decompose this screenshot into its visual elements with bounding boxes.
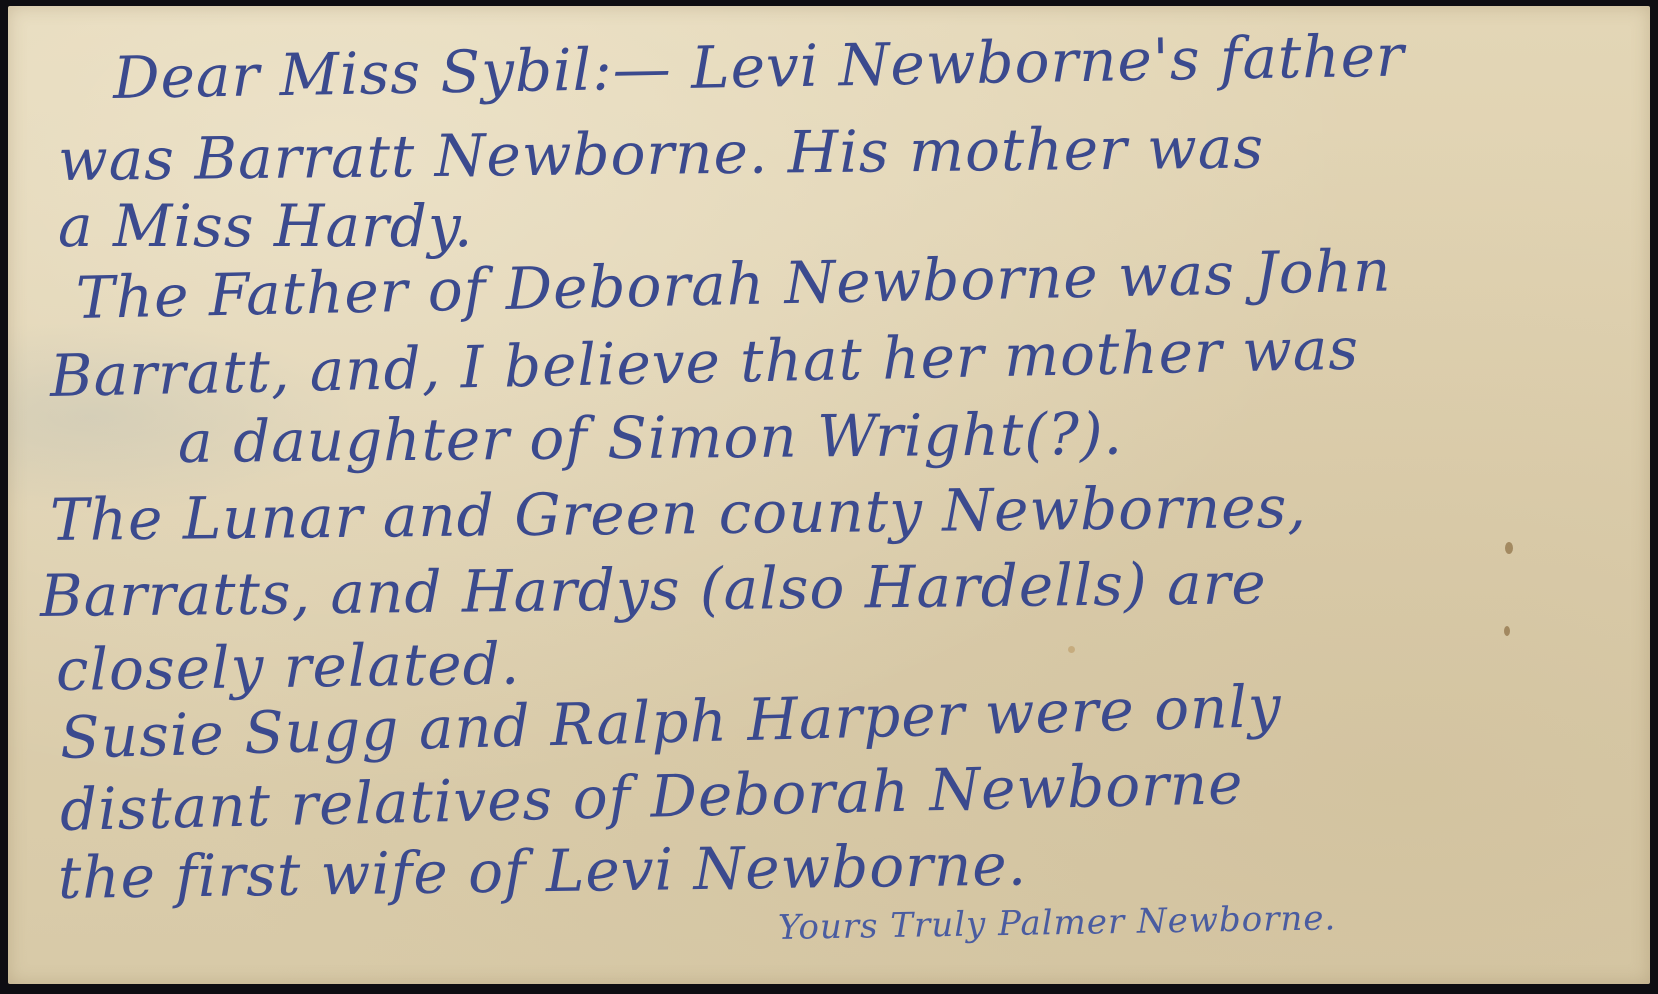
letter-line: Barratt, and, I believe that her mother … bbox=[49, 315, 1359, 410]
postcard: Dear Miss Sybil:— Levi Newborne's father… bbox=[8, 6, 1650, 984]
letter-line: a Miss Hardy. bbox=[58, 192, 473, 260]
letter-line-salutation: Dear Miss Sybil:— Levi Newborne's father bbox=[112, 21, 1405, 112]
paper-stain bbox=[1505, 542, 1513, 554]
paper-stain bbox=[1504, 626, 1510, 636]
letter-line: The Lunar and Green county Newbornes, bbox=[50, 473, 1307, 554]
letter-line: was Barratt Newborne. His mother was bbox=[58, 113, 1265, 194]
letter-line: a daughter of Simon Wright(?). bbox=[178, 400, 1124, 476]
letter-line: the first wife of Levi Newborne. bbox=[58, 830, 1028, 912]
paper-stain bbox=[1068, 646, 1075, 653]
letter-line: Barratts, and Hardys (also Hardells) are bbox=[40, 549, 1267, 630]
signature: Yours Truly Palmer Newborne. bbox=[778, 898, 1337, 948]
